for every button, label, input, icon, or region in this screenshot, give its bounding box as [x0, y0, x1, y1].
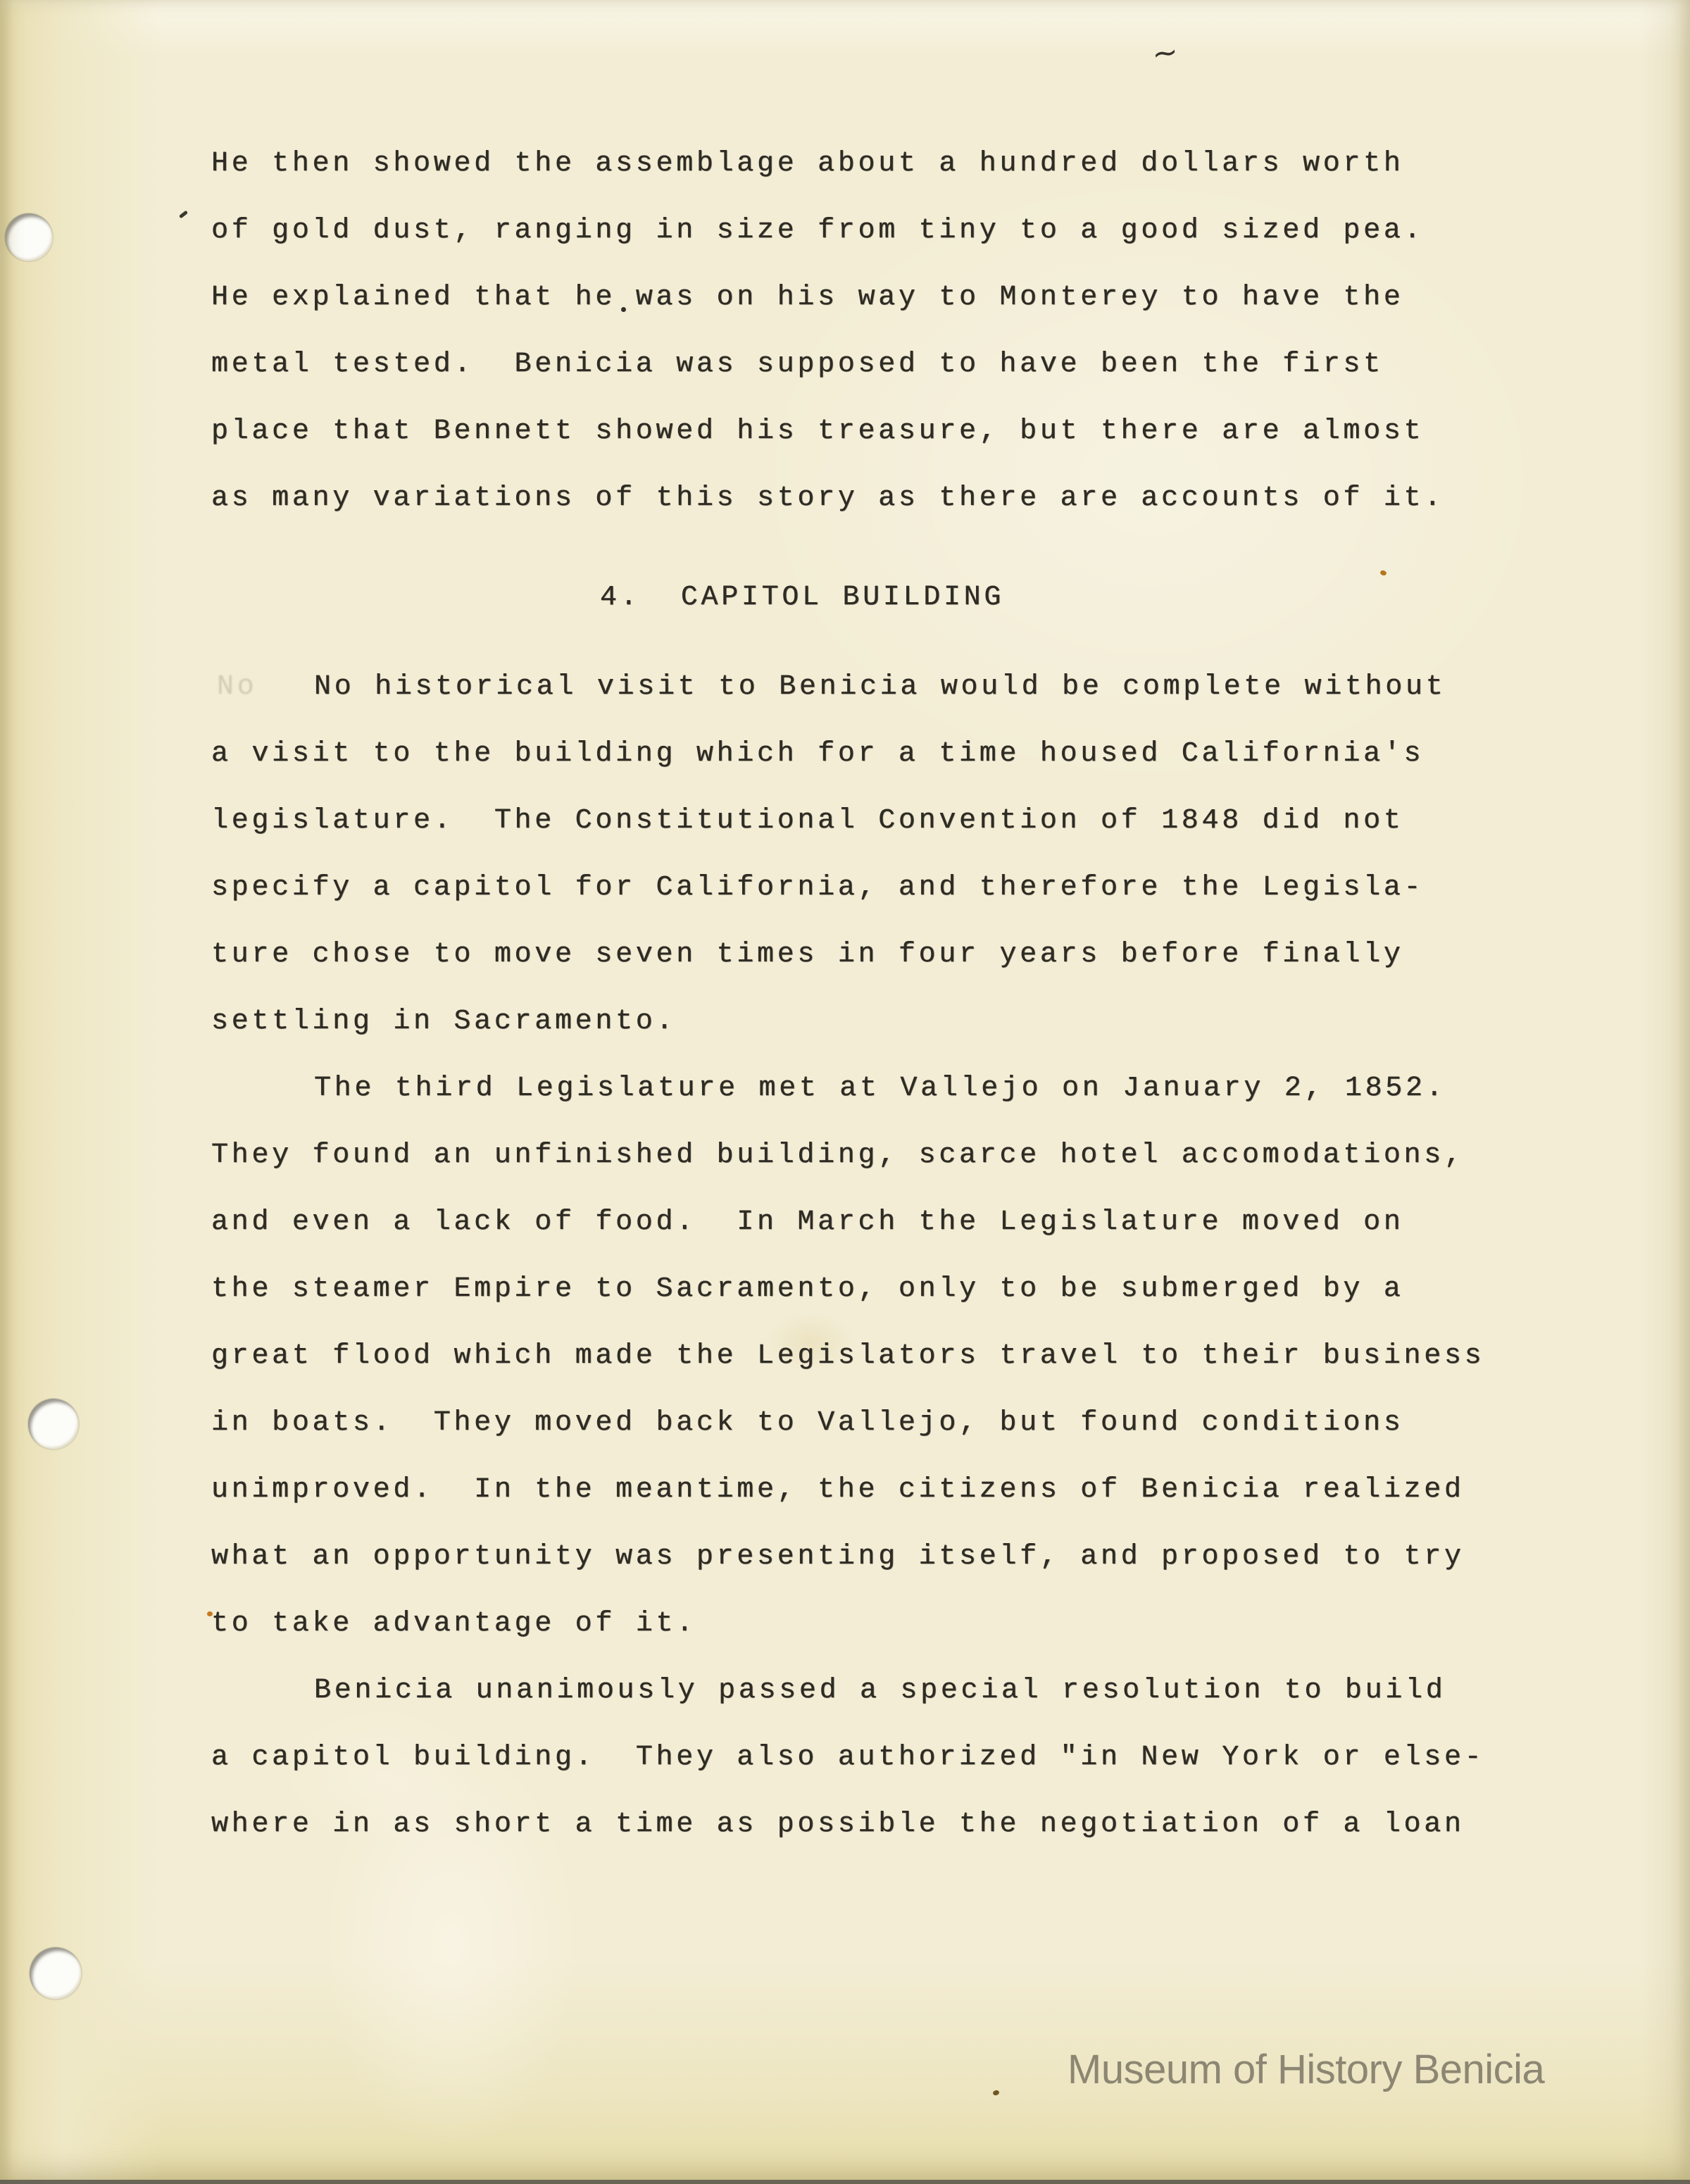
paper-speck: [992, 2090, 1000, 2096]
text-line: as many variations of this story as ther…: [211, 465, 1549, 532]
text-line: and even a lack of food. In March the Le…: [211, 1189, 1549, 1256]
text-line: a capitol building. They also authorized…: [211, 1724, 1549, 1791]
scanned-document-page: ~ No He then showed the assemblage about…: [0, 0, 1690, 2184]
section-heading: 4. CAPITOL BUILDING: [211, 564, 1549, 631]
text-line: a visit to the building which for a time…: [211, 720, 1549, 787]
text-line: He then showed the assemblage about a hu…: [211, 130, 1549, 197]
watermark: Museum of History Benicia: [1068, 2048, 1659, 2092]
text-line: He explained that he was on his way to M…: [211, 264, 1549, 331]
text-line: unimproved. In the meantime, the citizen…: [211, 1456, 1549, 1523]
punch-hole-top: [5, 213, 53, 261]
ink-speck: [179, 211, 188, 219]
text-line: They found an unfinished building, scarc…: [211, 1122, 1549, 1189]
text-line: in boats. They moved back to Vallejo, bu…: [211, 1390, 1549, 1456]
punch-hole-middle: [28, 1399, 79, 1449]
text-line: where in as short a time as possible the…: [211, 1791, 1549, 1858]
text-line: Benicia unanimously passed a special res…: [211, 1657, 1549, 1724]
text-line: No historical visit to Benicia would be …: [211, 654, 1549, 720]
text-line: metal tested. Benicia was supposed to ha…: [211, 331, 1549, 398]
typed-text: He then showed the assemblage about a hu…: [211, 130, 1549, 1858]
text-line: to take advantage of it.: [211, 1590, 1549, 1657]
text-line: of gold dust, ranging in size from tiny …: [211, 197, 1549, 264]
text-line: The third Legislature met at Vallejo on …: [211, 1055, 1549, 1122]
text-line: ture chose to move seven times in four y…: [211, 921, 1549, 988]
text-line: the steamer Empire to Sacramento, only t…: [211, 1256, 1549, 1323]
paragraph-group: No historical visit to Benicia would be …: [211, 654, 1549, 1858]
text-line: legislature. The Constitutional Conventi…: [211, 787, 1549, 854]
punch-hole-bottom: [30, 1947, 82, 1999]
paragraph: He then showed the assemblage about a hu…: [211, 130, 1549, 532]
text-line: specify a capitol for California, and th…: [211, 854, 1549, 921]
text-line: settling in Sacramento.: [211, 988, 1549, 1055]
pen-squiggle-mark: ~: [1150, 34, 1181, 73]
text-line: great flood which made the Legislators t…: [211, 1323, 1549, 1390]
text-line: place that Bennett showed his treasure, …: [211, 398, 1549, 465]
text-line: what an opportunity was presenting itsel…: [211, 1523, 1549, 1590]
